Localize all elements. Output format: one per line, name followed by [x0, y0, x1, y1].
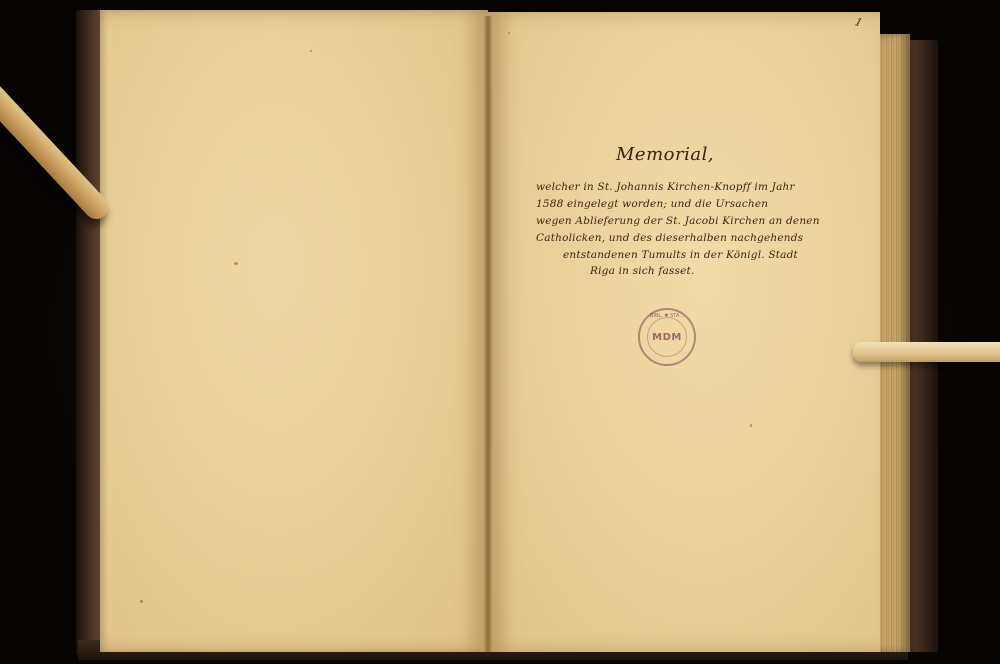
stamp-inner-ring	[647, 317, 687, 357]
book-gutter	[484, 16, 492, 652]
library-stamp: BIBL. ✱ STA... MDM	[638, 308, 696, 366]
handwritten-line: entstandenen Tumults in der Königl. Stad…	[563, 249, 798, 261]
foxing-spot	[310, 50, 312, 52]
stamp-ring-text: BIBL. ✱ STA...	[640, 313, 694, 319]
handwritten-line: Riga in sich fasset.	[590, 265, 694, 277]
foxing-spot	[234, 262, 238, 265]
foxing-spot	[140, 600, 143, 603]
foxing-spot	[750, 424, 752, 427]
right-wooden-bookmark	[853, 342, 1000, 362]
handwritten-line: Catholicken, und des dieserhalben nachge…	[536, 232, 803, 244]
foxing-spot	[508, 32, 510, 34]
left-page	[100, 10, 488, 652]
handwritten-line: wegen Ablieferung der St. Jacobi Kirchen…	[536, 215, 820, 227]
handwritten-line: welcher in St. Johannis Kirchen-Knopff i…	[536, 181, 795, 193]
handwritten-line: 1588 eingelegt worden; und die Ursachen	[536, 198, 768, 210]
document-title: Memorial,	[616, 144, 714, 165]
